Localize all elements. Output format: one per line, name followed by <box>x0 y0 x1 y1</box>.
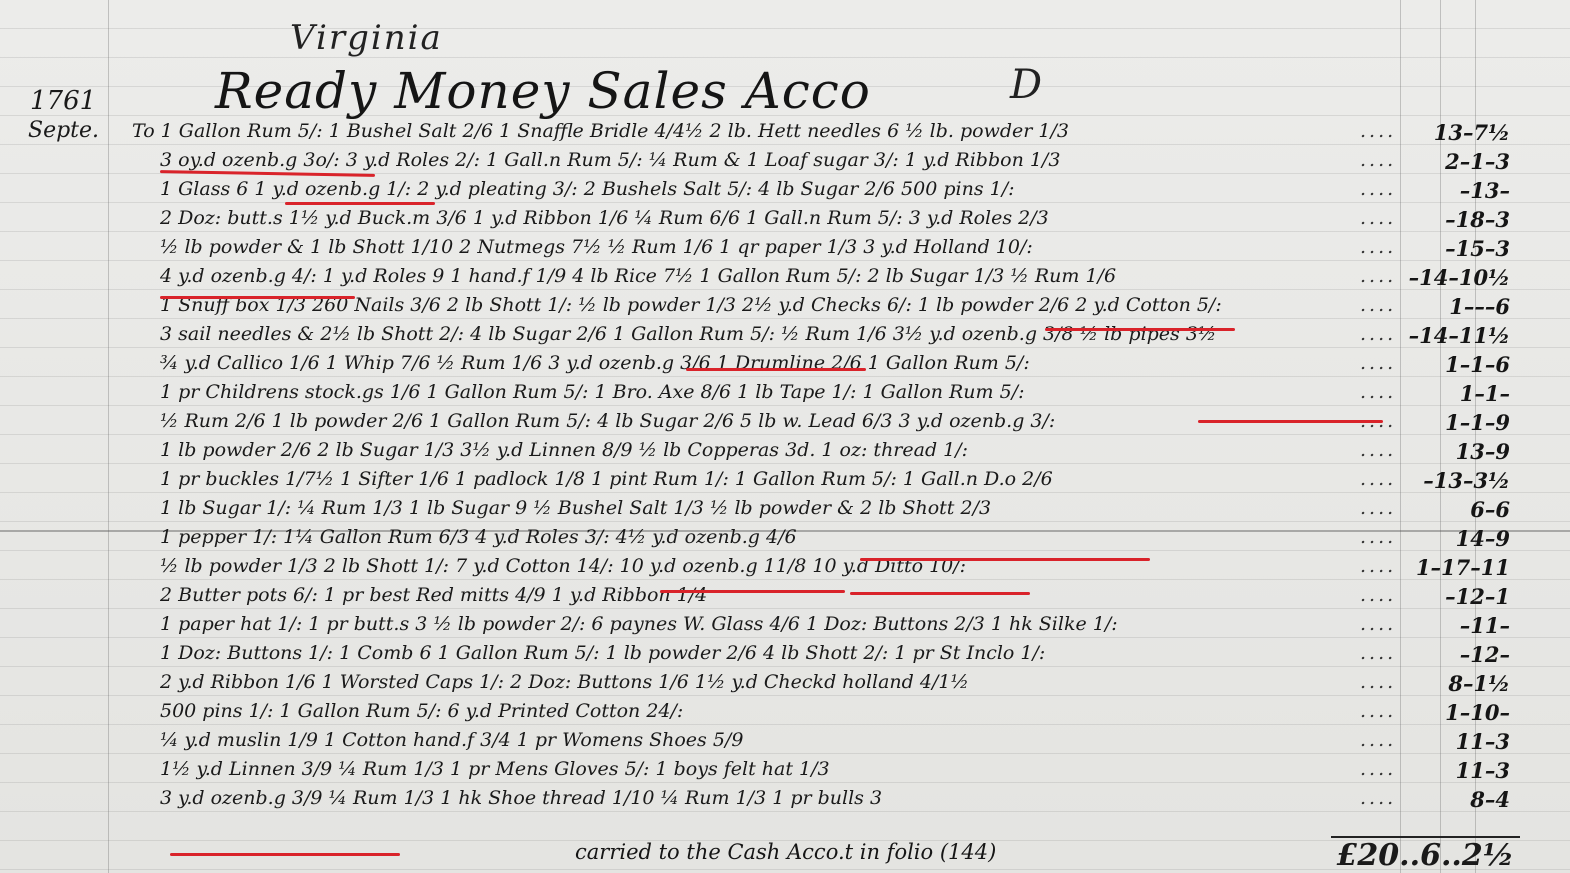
entry-amount: 1–10– <box>1445 700 1510 725</box>
ledger-row: To 1 Gallon Rum 5/: 1 Bushel Salt 2/6 1 … <box>0 118 1570 148</box>
ledger-row: 1 pr buckles 1/7½ 1 Sifter 1/6 1 padlock… <box>0 466 1570 496</box>
leader-dots: .... <box>1360 758 1420 780</box>
state-heading: Virginia <box>290 18 443 58</box>
leader-dots: .... <box>1360 236 1420 258</box>
entry-text: To 1 Gallon Rum 5/: 1 Bushel Salt 2/6 1 … <box>132 120 1357 142</box>
ledger-row: 1 lb powder 2/6 2 lb Sugar 1/3 3½ y.d Li… <box>0 437 1570 467</box>
ledger-row: 1 Doz: Buttons 1/: 1 Comb 6 1 Gallon Rum… <box>0 640 1570 670</box>
carried-forward-note: carried to the Cash Acco.t in folio (144… <box>575 840 996 864</box>
ledger-title: Ready Money Sales Acco <box>215 62 871 120</box>
entry-amount: 2–1–3 <box>1445 149 1510 174</box>
entry-amount: –14–10½ <box>1409 265 1510 290</box>
red-underline-annotation <box>860 558 1150 561</box>
red-underline-annotation <box>170 853 400 856</box>
entry-text: 1 lb Sugar 1/: ¼ Rum 1/3 1 lb Sugar 9 ½ … <box>160 497 1385 519</box>
leader-dots: .... <box>1360 729 1420 751</box>
entry-text: 1 pr Childrens stock.gs 1/6 1 Gallon Rum… <box>160 381 1385 403</box>
leader-dots: .... <box>1360 642 1420 664</box>
entry-amount: –14–11½ <box>1409 323 1510 348</box>
leader-dots: .... <box>1360 381 1420 403</box>
entry-text: ½ lb powder & 1 lb Shott 1/10 2 Nutmegs … <box>160 236 1385 258</box>
ledger-row: 2 Doz: butt.s 1½ y.d Buck.m 3/6 1 y.d Ri… <box>0 205 1570 235</box>
red-underline-annotation <box>1198 420 1383 423</box>
leader-dots: .... <box>1360 584 1420 606</box>
ledger-row: ¼ y.d muslin 1/9 1 Cotton hand.f 3/4 1 p… <box>0 727 1570 757</box>
ledger-row: 4 y.d ozenb.g 4/: 1 y.d Roles 9 1 hand.f… <box>0 263 1570 293</box>
entry-text: 3 sail needles & 2½ lb Shott 2/: 4 lb Su… <box>160 323 1385 345</box>
entry-amount: –15–3 <box>1445 236 1510 261</box>
leader-dots: .... <box>1360 468 1420 490</box>
leader-dots: .... <box>1360 613 1420 635</box>
entry-amount: –11– <box>1460 613 1510 638</box>
leader-dots: .... <box>1360 120 1420 142</box>
entry-amount: 8–4 <box>1470 787 1510 812</box>
entry-amount: –13–3½ <box>1423 468 1510 493</box>
entry-text: 2 Butter pots 6/: 1 pr best Red mitts 4/… <box>160 584 1385 606</box>
entry-text: ¼ y.d muslin 1/9 1 Cotton hand.f 3/4 1 p… <box>160 729 1385 751</box>
entry-amount: 1–1–6 <box>1445 352 1510 377</box>
entry-amount: –12–1 <box>1445 584 1510 609</box>
ledger-row: 500 pins 1/: 1 Gallon Rum 5/: 6 y.d Prin… <box>0 698 1570 728</box>
leader-dots: .... <box>1360 787 1420 809</box>
leader-dots: .... <box>1360 671 1420 693</box>
red-underline-annotation <box>1045 328 1235 331</box>
red-underline-annotation <box>686 368 866 371</box>
entry-text: 2 y.d Ribbon 1/6 1 Worsted Caps 1/: 2 Do… <box>160 671 1385 693</box>
entry-amount: 1–––6 <box>1449 294 1510 319</box>
leader-dots: .... <box>1360 439 1420 461</box>
ledger-page: Virginia Ready Money Sales Acco D 1761 S… <box>0 0 1570 873</box>
entry-text: 500 pins 1/: 1 Gallon Rum 5/: 6 y.d Prin… <box>160 700 1385 722</box>
leader-dots: .... <box>1360 352 1420 374</box>
leader-dots: .... <box>1360 526 1420 548</box>
red-underline-annotation <box>850 592 1030 595</box>
red-underline-annotation <box>660 590 845 593</box>
entry-text: 2 Doz: butt.s 1½ y.d Buck.m 3/6 1 y.d Ri… <box>160 207 1385 229</box>
debit-side-mark: D <box>1010 62 1042 108</box>
entry-text: 3 oy.d ozenb.g 3o/: 3 y.d Roles 2/: 1 Ga… <box>160 149 1385 171</box>
ledger-row: 2 y.d Ribbon 1/6 1 Worsted Caps 1/: 2 Do… <box>0 669 1570 699</box>
ledger-row: ½ lb powder & 1 lb Shott 1/10 2 Nutmegs … <box>0 234 1570 264</box>
leader-dots: .... <box>1360 207 1420 229</box>
entry-amount: 13–7½ <box>1434 120 1510 145</box>
leader-dots: .... <box>1360 497 1420 519</box>
ledger-row: 2 Butter pots 6/: 1 pr best Red mitts 4/… <box>0 582 1570 612</box>
leader-dots: .... <box>1360 700 1420 722</box>
ledger-row: 3 sail needles & 2½ lb Shott 2/: 4 lb Su… <box>0 321 1570 351</box>
entry-amount: 1–1–9 <box>1445 410 1510 435</box>
entry-text: 1 Glass 6 1 y.d ozenb.g 1/: 2 y.d pleati… <box>160 178 1385 200</box>
entry-amount: 8–1½ <box>1448 671 1510 696</box>
leader-dots: .... <box>1360 178 1420 200</box>
entry-amount: –12– <box>1460 642 1510 667</box>
ledger-row: 1 pepper 1/: 1¼ Gallon Rum 6/3 4 y.d Rol… <box>0 524 1570 554</box>
ledger-row: 1 pr Childrens stock.gs 1/6 1 Gallon Rum… <box>0 379 1570 409</box>
entry-text: 1 pr buckles 1/7½ 1 Sifter 1/6 1 padlock… <box>160 468 1385 490</box>
year-label: 1761 <box>30 86 96 116</box>
entry-amount: –13– <box>1460 178 1510 203</box>
entry-amount: 1–17–11 <box>1416 555 1510 580</box>
ledger-row: ¾ y.d Callico 1/6 1 Whip 7/6 ½ Rum 1/6 3… <box>0 350 1570 380</box>
ledger-row: 1 lb Sugar 1/: ¼ Rum 1/3 1 lb Sugar 9 ½ … <box>0 495 1570 525</box>
entry-amount: 14–9 <box>1456 526 1510 551</box>
entry-text: 1 pepper 1/: 1¼ Gallon Rum 6/3 4 y.d Rol… <box>160 526 1385 548</box>
entry-text: 1 Doz: Buttons 1/: 1 Comb 6 1 Gallon Rum… <box>160 642 1385 664</box>
entry-amount: 13–9 <box>1456 439 1510 464</box>
entry-amount: –18–3 <box>1445 207 1510 232</box>
entry-amount: 6–6 <box>1470 497 1510 522</box>
ledger-row: ½ lb powder 1/3 2 lb Shott 1/: 7 y.d Cot… <box>0 553 1570 583</box>
leader-dots: .... <box>1360 149 1420 171</box>
ledger-row: 1½ y.d Linnen 3/9 ¼ Rum 1/3 1 pr Mens Gl… <box>0 756 1570 786</box>
red-underline-annotation <box>160 296 355 299</box>
entry-text: 4 y.d ozenb.g 4/: 1 y.d Roles 9 1 hand.f… <box>160 265 1385 287</box>
page-total: £20..6..2½ <box>1331 836 1520 873</box>
entry-text: 3 y.d ozenb.g 3/9 ¼ Rum 1/3 1 hk Shoe th… <box>160 787 1385 809</box>
ledger-row: ½ Rum 2/6 1 lb powder 2/6 1 Gallon Rum 5… <box>0 408 1570 438</box>
leader-dots: .... <box>1360 555 1420 577</box>
ledger-row: 1 paper hat 1/: 1 pr butt.s 3 ½ lb powde… <box>0 611 1570 641</box>
entry-text: 1½ y.d Linnen 3/9 ¼ Rum 1/3 1 pr Mens Gl… <box>160 758 1385 780</box>
ledger-row: 1 Glass 6 1 y.d ozenb.g 1/: 2 y.d pleati… <box>0 176 1570 206</box>
red-underline-annotation <box>285 202 435 205</box>
entry-text: 1 lb powder 2/6 2 lb Sugar 1/3 3½ y.d Li… <box>160 439 1385 461</box>
entry-amount: 11–3 <box>1456 729 1510 754</box>
leader-dots: .... <box>1360 294 1420 316</box>
entry-amount: 1–1– <box>1460 381 1510 406</box>
entry-text: ½ lb powder 1/3 2 lb Shott 1/: 7 y.d Cot… <box>160 555 1385 577</box>
ledger-row: 3 y.d ozenb.g 3/9 ¼ Rum 1/3 1 hk Shoe th… <box>0 785 1570 815</box>
entry-text: 1 paper hat 1/: 1 pr butt.s 3 ½ lb powde… <box>160 613 1385 635</box>
entry-amount: 11–3 <box>1456 758 1510 783</box>
